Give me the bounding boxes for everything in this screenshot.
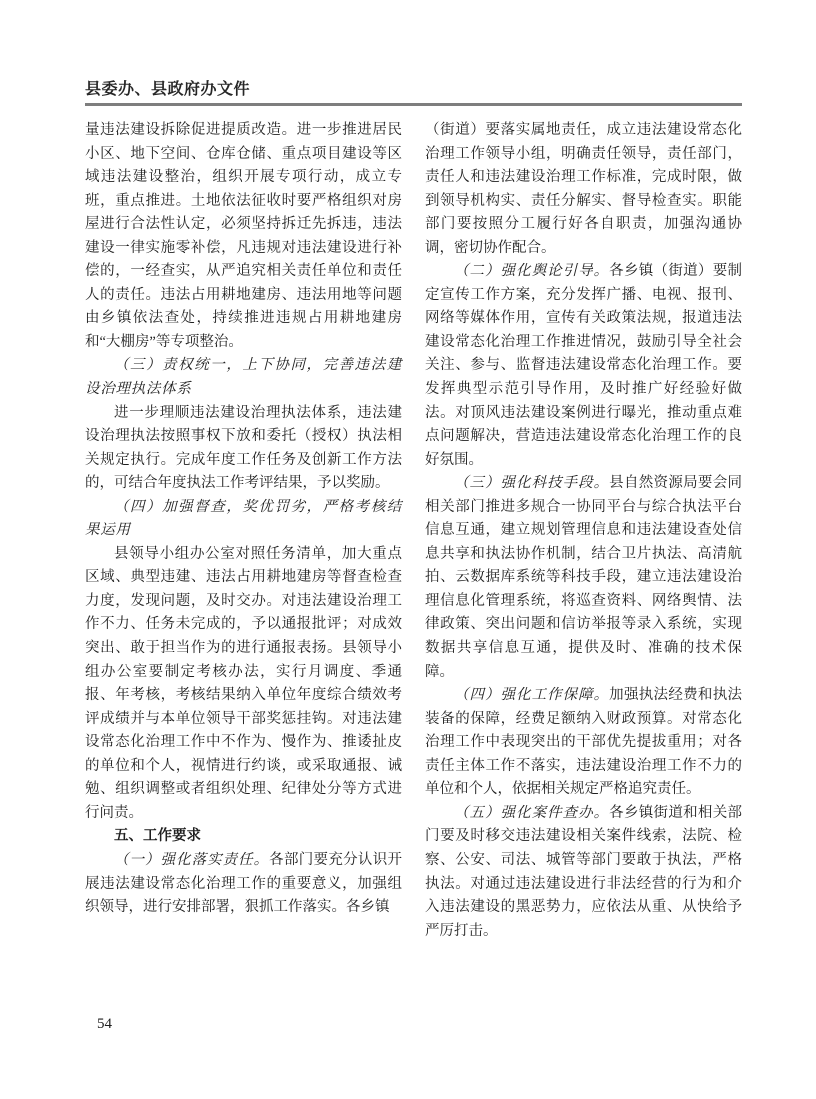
paragraph: （三）强化科技手段。县自然资源局要会同相关部门推进多规合一协同平台与综合执法平台… [425,472,742,684]
page-number: 54 [97,1016,112,1033]
paragraph: （一）强化落实责任。各部门要充分认识开展违法建设常态化治理工作的重要意义，加强组… [85,849,402,920]
body-text-run: 进一步理顺违法建设治理执法体系，违法建设治理执法按照事权下放和委托（授权）执法相… [85,405,402,492]
body-text-run: 各乡镇（街道）要制定宣传工作方案，充分发挥广播、电视、报刊、网络等媒体作用，宣传… [425,263,742,467]
kaiti-heading-run: （一）强化落实责任。 [114,852,269,868]
body-text-run: 县领导小组办公室对照任务清单，加大重点区域、典型违建、违法占用耕地建房等督查检查… [85,546,402,821]
left-column: 量违法建设拆除促进提质改造。进一步推进居民小区、地下空间、仓库仓储、重点项目建设… [85,119,402,943]
two-column-body: 量违法建设拆除促进提质改造。进一步推进居民小区、地下空间、仓库仓储、重点项目建设… [85,119,742,943]
paragraph: 进一步理顺违法建设治理执法体系，违法建设治理执法按照事权下放和委托（授权）执法相… [85,402,402,496]
page-header-title: 县委办、县政府办文件 [85,76,250,99]
paragraph-continued: 量违法建设拆除促进提质改造。进一步推进居民小区、地下空间、仓库仓储、重点项目建设… [85,119,402,354]
paragraph: （四）强化工作保障。加强执法经费和执法装备的保障，经费足额纳入财政预算。对常态化… [425,684,742,802]
subsection-heading: （四）加强督查，奖优罚劣，严格考核结果运用 [85,496,402,543]
body-text-run: 加强执法经费和执法装备的保障，经费足额纳入财政预算。对常态化治理工作中表现突出的… [425,687,742,797]
header-rule [85,103,742,106]
kaiti-heading-run: （三）强化科技手段。 [454,475,609,491]
paragraph: 县领导小组办公室对照任务清单，加大重点区域、典型违建、违法占用耕地建房等督查检查… [85,543,402,826]
body-text-run: 县自然资源局要会同相关部门推进多规合一协同平台与综合执法平台信息互通，建立规划管… [425,475,742,679]
right-column: （街道）要落实属地责任，成立违法建设常态化治理工作领导小组，明确责任领导，责任部… [425,119,742,943]
paragraph: （五）强化案件查办。各乡镇街道和相关部门要及时移交违法建设相关案件线索，法院、检… [425,802,742,943]
kaiti-heading-run: （五）强化案件查办。 [454,805,609,821]
bold-heading-run: 五、工作要求 [114,828,201,844]
body-text-run: （街道）要落实属地责任，成立违法建设常态化治理工作领导小组，明确责任领导，责任部… [425,122,742,256]
section-heading: 五、工作要求 [85,825,402,849]
paragraph-continued: （街道）要落实属地责任，成立违法建设常态化治理工作领导小组，明确责任领导，责任部… [425,119,742,260]
document-page: 县委办、县政府办文件 量违法建设拆除促进提质改造。进一步推进居民小区、地下空间、… [0,0,816,1099]
kaiti-heading-run: （四）强化工作保障。 [454,687,609,703]
kaiti-heading-run: （三）责权统一，上下协同，完善违法建设治理执法体系 [85,357,402,397]
body-text-run: 量违法建设拆除促进提质改造。进一步推进居民小区、地下空间、仓库仓储、重点项目建设… [85,122,402,350]
subsection-heading: （三）责权统一，上下协同，完善违法建设治理执法体系 [85,354,402,401]
paragraph: （二）强化舆论引导。各乡镇（街道）要制定宣传工作方案，充分发挥广播、电视、报刊、… [425,260,742,472]
kaiti-heading-run: （二）强化舆论引导。 [454,263,609,279]
kaiti-heading-run: （四）加强督查，奖优罚劣，严格考核结果运用 [85,499,402,539]
body-text-run: 各乡镇街道和相关部门要及时移交违法建设相关案件线索，法院、检察、公安、司法、城管… [425,805,742,939]
